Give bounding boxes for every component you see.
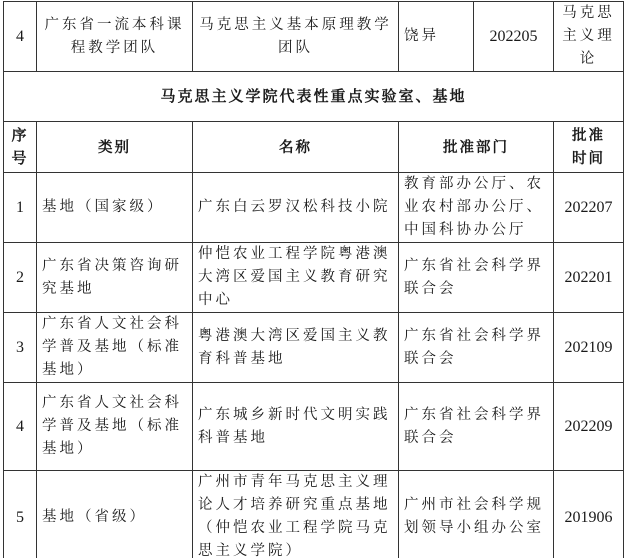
row-dept: 广东省社会科学界联合会 (399, 383, 554, 471)
row-category: 基地（国家级） (37, 173, 193, 243)
row-category: 广东省人文社会科学普及基地（标准基地） (37, 383, 193, 471)
table-row: 3 广东省人文社会科学普及基地（标准基地） 粤港澳大湾区爱国主义教育科普基地 广… (4, 313, 624, 383)
row-name: 广东白云罗汉松科技小院 (193, 173, 399, 243)
row-category: 广东省人文社会科学普及基地（标准基地） (37, 313, 193, 383)
row-category: 广东省决策咨询研究基地 (37, 243, 193, 313)
row-name: 粤港澳大湾区爱国主义教育科普基地 (193, 313, 399, 383)
row-discipline: 马克思主义理论 (554, 2, 624, 72)
table-row: 2 广东省决策咨询研究基地 仲恺农业工程学院粤港澳大湾区爱国主义教育研究中心 广… (4, 243, 624, 313)
row-leader: 饶异 (399, 2, 474, 72)
section-title: 马克思主义学院代表性重点实验室、基地 (4, 72, 624, 122)
header-date: 批准时间 (554, 122, 624, 173)
row-date: 202201 (554, 243, 624, 313)
table-row: 5 基地（省级） 广州市青年马克思主义理论人才培养研究重点基地（仲恺农业工程学院… (4, 471, 624, 558)
header-dept: 批准部门 (399, 122, 554, 173)
header-category: 类别 (37, 122, 193, 173)
row-index: 2 (4, 243, 37, 313)
row-date: 202109 (554, 313, 624, 383)
row-index: 3 (4, 313, 37, 383)
row-dept: 教育部办公厅、农业农村部办公厅、中国科协办公厅 (399, 173, 554, 243)
row-name: 马克思主义基本原理教学团队 (193, 2, 399, 72)
table-row: 4 广东省人文社会科学普及基地（标准基地） 广东城乡新时代文明实践科普基地 广东… (4, 383, 624, 471)
prev-table-row: 4 广东省一流本科课程教学团队 马克思主义基本原理教学团队 饶异 202205 … (4, 2, 624, 72)
table-row: 1 基地（国家级） 广东白云罗汉松科技小院 教育部办公厅、农业农村部办公厅、中国… (4, 173, 624, 243)
section-title-row: 马克思主义学院代表性重点实验室、基地 (4, 72, 624, 122)
header-index: 序号 (4, 122, 37, 173)
row-dept: 广州市社会科学规划领导小组办公室 (399, 471, 554, 558)
header-row: 序号 类别 名称 批准部门 批准时间 (4, 122, 624, 173)
row-index: 4 (4, 2, 37, 72)
row-index: 1 (4, 173, 37, 243)
row-date: 202207 (554, 173, 624, 243)
row-index: 4 (4, 383, 37, 471)
row-dept: 广东省社会科学界联合会 (399, 243, 554, 313)
row-date: 202209 (554, 383, 624, 471)
row-date: 201906 (554, 471, 624, 558)
row-category: 广东省一流本科课程教学团队 (37, 2, 193, 72)
header-name: 名称 (193, 122, 399, 173)
row-index: 5 (4, 471, 37, 558)
bases-table: 4 广东省一流本科课程教学团队 马克思主义基本原理教学团队 饶异 202205 … (3, 1, 624, 558)
row-dept: 广东省社会科学界联合会 (399, 313, 554, 383)
row-date: 202205 (474, 2, 554, 72)
row-name: 仲恺农业工程学院粤港澳大湾区爱国主义教育研究中心 (193, 243, 399, 313)
row-name: 广州市青年马克思主义理论人才培养研究重点基地（仲恺农业工程学院马克思主义学院） (193, 471, 399, 558)
row-name: 广东城乡新时代文明实践科普基地 (193, 383, 399, 471)
row-category: 基地（省级） (37, 471, 193, 558)
